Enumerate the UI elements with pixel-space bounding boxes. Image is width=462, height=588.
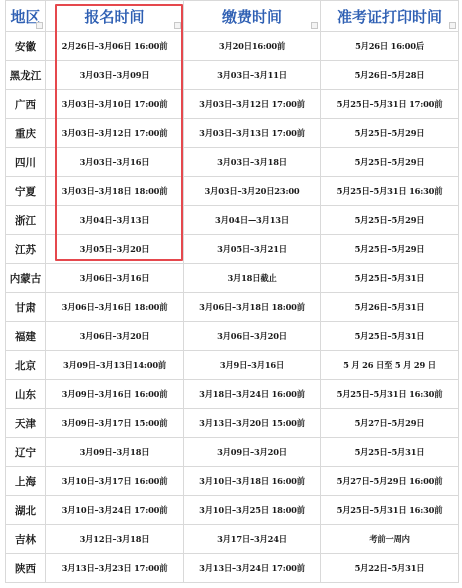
filter-dropdown-icon[interactable] xyxy=(311,22,318,29)
table-row: 重庆 3月03日–3月12日 17:00前 3月03日–3月13日 17:00前… xyxy=(6,119,459,148)
table-row: 福建 3月06日–3月20日 3月06日–3月20日 5月25日–5月31日 xyxy=(6,322,459,351)
admission-print-time-cell: 5月26日–5月31日 xyxy=(321,293,459,322)
registration-time-cell: 3月09日–3月18日 xyxy=(46,438,184,467)
payment-time-cell: 3月09日–3月20日 xyxy=(184,438,321,467)
region-cell: 宁夏 xyxy=(6,177,46,206)
region-cell: 浙江 xyxy=(6,206,46,235)
payment-time-cell: 3月20日16:00前 xyxy=(184,32,321,61)
filter-dropdown-icon[interactable] xyxy=(174,22,181,29)
header-registration-time[interactable]: 报名时间 xyxy=(46,1,184,32)
region-cell: 黑龙江 xyxy=(6,61,46,90)
admission-print-time-cell: 5月26日 16:00后 xyxy=(321,32,459,61)
registration-time-cell: 3月12日–3月18日 xyxy=(46,525,184,554)
table-row: 天津 3月09日–3月17日 15:00前 3月13日–3月20日 15:00前… xyxy=(6,409,459,438)
registration-time-cell: 3月09日–3月16日 16:00前 xyxy=(46,380,184,409)
payment-time-cell: 3月17日–3月24日 xyxy=(184,525,321,554)
payment-time-cell: 3月18日截止 xyxy=(184,264,321,293)
table-row: 浙江 3月04日–3月13日 3月04日—3月13日 5月25日–5月29日 xyxy=(6,206,459,235)
region-cell: 安徽 xyxy=(6,32,46,61)
admission-print-time-cell: 5月25日–5月29日 xyxy=(321,235,459,264)
table-row: 吉林 3月12日–3月18日 3月17日–3月24日 考前一周内 xyxy=(6,525,459,554)
payment-time-cell: 3月06日–3月18日 18:00前 xyxy=(184,293,321,322)
registration-time-cell: 3月03日–3月18日 18:00前 xyxy=(46,177,184,206)
table-row: 甘肃 3月06日–3月16日 18:00前 3月06日–3月18日 18:00前… xyxy=(6,293,459,322)
header-admission-label: 准考证打印时间 xyxy=(337,8,442,26)
registration-time-cell: 3月09日–3月17日 15:00前 xyxy=(46,409,184,438)
admission-print-time-cell: 5月25日–5月31日 xyxy=(321,264,459,293)
region-cell: 陕西 xyxy=(6,554,46,583)
admission-print-time-cell: 5月27日–5月29日 16:00前 xyxy=(321,467,459,496)
registration-time-cell: 3月09日–3月13日14:00前 xyxy=(46,351,184,380)
filter-dropdown-icon[interactable] xyxy=(36,22,43,29)
header-region[interactable]: 地区 xyxy=(6,1,46,32)
payment-time-cell: 3月04日—3月13日 xyxy=(184,206,321,235)
region-cell: 内蒙古 xyxy=(6,264,46,293)
payment-time-cell: 3月9日–3月16日 xyxy=(184,351,321,380)
registration-time-cell: 2月26日–3月06日 16:00前 xyxy=(46,32,184,61)
admission-print-time-cell: 5月25日–5月29日 xyxy=(321,206,459,235)
registration-time-cell: 3月03日–3月16日 xyxy=(46,148,184,177)
region-cell: 四川 xyxy=(6,148,46,177)
table-row: 辽宁 3月09日–3月18日 3月09日–3月20日 5月25日–5月31日 xyxy=(6,438,459,467)
registration-time-cell: 3月03日–3月09日 xyxy=(46,61,184,90)
payment-time-cell: 3月03日–3月18日 xyxy=(184,148,321,177)
registration-time-cell: 3月03日–3月10日 17:00前 xyxy=(46,90,184,119)
registration-time-cell: 3月10日–3月17日 16:00前 xyxy=(46,467,184,496)
region-cell: 北京 xyxy=(6,351,46,380)
table-row: 四川 3月03日–3月16日 3月03日–3月18日 5月25日–5月29日 xyxy=(6,148,459,177)
admission-print-time-cell: 5月25日–5月31日 xyxy=(321,322,459,351)
payment-time-cell: 3月13日–3月20日 15:00前 xyxy=(184,409,321,438)
payment-time-cell: 3月10日–3月25日 18:00前 xyxy=(184,496,321,525)
region-cell: 湖北 xyxy=(6,496,46,525)
table-row: 安徽 2月26日–3月06日 16:00前 3月20日16:00前 5月26日 … xyxy=(6,32,459,61)
header-admission-print-time[interactable]: 准考证打印时间 xyxy=(321,1,459,32)
payment-time-cell: 3月03日–3月13日 17:00前 xyxy=(184,119,321,148)
region-cell: 江苏 xyxy=(6,235,46,264)
region-cell: 广西 xyxy=(6,90,46,119)
admission-print-time-cell: 考前一周内 xyxy=(321,525,459,554)
region-cell: 山东 xyxy=(6,380,46,409)
header-payment-time[interactable]: 缴费时间 xyxy=(184,1,321,32)
payment-time-cell: 3月05日–3月21日 xyxy=(184,235,321,264)
payment-time-cell: 3月10日–3月18日 16:00前 xyxy=(184,467,321,496)
registration-time-cell: 3月06日–3月16日 xyxy=(46,264,184,293)
admission-print-time-cell: 5月26日–5月28日 xyxy=(321,61,459,90)
table-row: 陕西 3月13日–3月23日 17:00前 3月13日–3月24日 17:00前… xyxy=(6,554,459,583)
region-cell: 甘肃 xyxy=(6,293,46,322)
admission-print-time-cell: 5月25日–5月29日 xyxy=(321,119,459,148)
admission-print-time-cell: 5月27日–5月29日 xyxy=(321,409,459,438)
admission-print-time-cell: 5月25日–5月31日 16:30前 xyxy=(321,380,459,409)
admission-print-time-cell: 5月25日–5月31日 16:30前 xyxy=(321,177,459,206)
table-row: 江苏 3月05日–3月20日 3月05日–3月21日 5月25日–5月29日 xyxy=(6,235,459,264)
header-registration-label: 报名时间 xyxy=(84,8,144,26)
registration-time-cell: 3月06日–3月20日 xyxy=(46,322,184,351)
payment-time-cell: 3月18日–3月24日 16:00前 xyxy=(184,380,321,409)
admission-print-time-cell: 5 月 26 日至 5 月 29 日 xyxy=(321,351,459,380)
table-row: 广西 3月03日–3月10日 17:00前 3月03日–3月12日 17:00前… xyxy=(6,90,459,119)
registration-time-cell: 3月13日–3月23日 17:00前 xyxy=(46,554,184,583)
header-payment-label: 缴费时间 xyxy=(222,8,282,26)
registration-time-cell: 3月03日–3月12日 17:00前 xyxy=(46,119,184,148)
header-row: 地区 报名时间 缴费时间 准考证打印时间 xyxy=(6,1,459,32)
table-row: 山东 3月09日–3月16日 16:00前 3月18日–3月24日 16:00前… xyxy=(6,380,459,409)
table-row: 黑龙江 3月03日–3月09日 3月03日–3月11日 5月26日–5月28日 xyxy=(6,61,459,90)
region-cell: 上海 xyxy=(6,467,46,496)
payment-time-cell: 3月03日–3月20日23:00 xyxy=(184,177,321,206)
filter-dropdown-icon[interactable] xyxy=(449,22,456,29)
region-cell: 天津 xyxy=(6,409,46,438)
payment-time-cell: 3月03日–3月11日 xyxy=(184,61,321,90)
table-row: 上海 3月10日–3月17日 16:00前 3月10日–3月18日 16:00前… xyxy=(6,467,459,496)
admission-print-time-cell: 5月22日–5月31日 xyxy=(321,554,459,583)
table-row: 宁夏 3月03日–3月18日 18:00前 3月03日–3月20日23:00 5… xyxy=(6,177,459,206)
table-row: 北京 3月09日–3月13日14:00前 3月9日–3月16日 5 月 26 日… xyxy=(6,351,459,380)
registration-time-cell: 3月04日–3月13日 xyxy=(46,206,184,235)
region-cell: 辽宁 xyxy=(6,438,46,467)
region-cell: 重庆 xyxy=(6,119,46,148)
region-cell: 吉林 xyxy=(6,525,46,554)
admission-print-time-cell: 5月25日–5月29日 xyxy=(321,148,459,177)
registration-time-cell: 3月06日–3月16日 18:00前 xyxy=(46,293,184,322)
payment-time-cell: 3月03日–3月12日 17:00前 xyxy=(184,90,321,119)
region-cell: 福建 xyxy=(6,322,46,351)
admission-print-time-cell: 5月25日–5月31日 17:00前 xyxy=(321,90,459,119)
payment-time-cell: 3月13日–3月24日 17:00前 xyxy=(184,554,321,583)
registration-time-cell: 3月05日–3月20日 xyxy=(46,235,184,264)
admission-print-time-cell: 5月25日–5月31日 xyxy=(321,438,459,467)
exam-schedule-table: 地区 报名时间 缴费时间 准考证打印时间 安徽 2月26日–3月06日 16:0… xyxy=(5,0,459,583)
registration-time-cell: 3月10日–3月24日 17:00前 xyxy=(46,496,184,525)
admission-print-time-cell: 5月25日–5月31日 16:30前 xyxy=(321,496,459,525)
exam-schedule-table-container: 地区 报名时间 缴费时间 准考证打印时间 安徽 2月26日–3月06日 16:0… xyxy=(5,0,458,583)
table-row: 湖北 3月10日–3月24日 17:00前 3月10日–3月25日 18:00前… xyxy=(6,496,459,525)
payment-time-cell: 3月06日–3月20日 xyxy=(184,322,321,351)
table-row: 内蒙古 3月06日–3月16日 3月18日截止 5月25日–5月31日 xyxy=(6,264,459,293)
